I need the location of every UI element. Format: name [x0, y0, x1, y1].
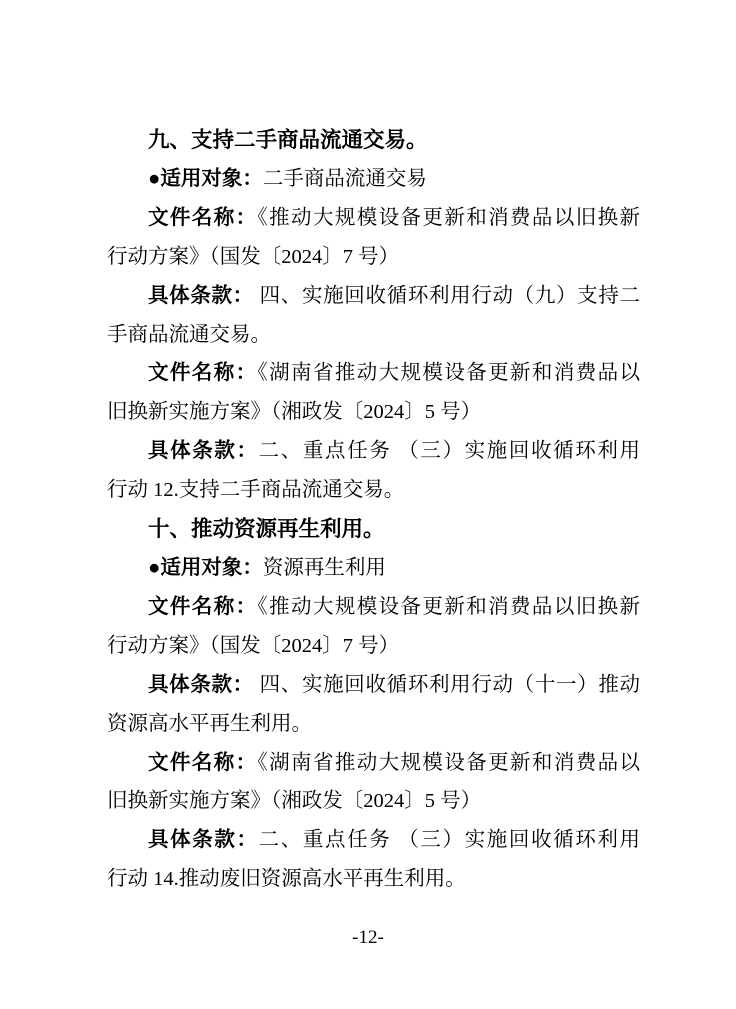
clause-value: 二、重点任务 （三）实施回收循环利用 — [259, 440, 640, 462]
sec9-doc2-clause-line2: 行动 12.支持二手商品流通交易。 — [107, 471, 640, 510]
sec9-doc2-name-line1: 文件名称：《湖南省推动大规模设备更新和消费品以 — [107, 354, 640, 393]
sec9-doc1-name-line1: 文件名称：《推动大规模设备更新和消费品以旧换新 — [107, 199, 640, 238]
target-label: ●适用对象： — [148, 168, 263, 190]
file-name-value: 《推动大规模设备更新和消费品以旧换新 — [258, 596, 641, 618]
file-name-value: 《推动大规模设备更新和消费品以旧换新 — [258, 207, 641, 229]
sec9-doc2-clause-line1: 具体条款：二、重点任务 （三）实施回收循环利用 — [107, 432, 640, 471]
clause-label: 具体条款： — [148, 674, 254, 696]
sec9-doc1-clause-line1: 具体条款： 四、实施回收循环利用行动（九）支持二 — [107, 277, 640, 316]
sec10-doc2-name-line2: 旧换新实施方案》（湘政发〔2024〕5 号） — [107, 782, 640, 821]
sec9-doc2-name-line2: 旧换新实施方案》（湘政发〔2024〕5 号） — [107, 393, 640, 432]
sec10-doc1-name-line2: 行动方案》（国发〔2024〕7 号） — [107, 627, 640, 666]
document-body: 九、支持二手商品流通交易。 ●适用对象：二手商品流通交易 文件名称：《推动大规模… — [107, 121, 640, 899]
clause-value: 四、实施回收循环利用行动（九）支持二 — [254, 285, 640, 307]
file-name-label: 文件名称： — [148, 752, 258, 774]
file-name-value: 《湖南省推动大规模设备更新和消费品以 — [258, 362, 641, 384]
sec10-doc1-name-line1: 文件名称：《推动大规模设备更新和消费品以旧换新 — [107, 588, 640, 627]
target-label: ●适用对象： — [148, 557, 263, 579]
clause-value: 二、重点任务 （三）实施回收循环利用 — [259, 829, 640, 851]
sec9-doc1-clause-line2: 手商品流通交易。 — [107, 316, 640, 355]
section-9-heading: 九、支持二手商品流通交易。 — [107, 121, 640, 160]
file-name-label: 文件名称： — [148, 596, 258, 618]
target-value: 二手商品流通交易 — [263, 168, 427, 190]
clause-label: 具体条款： — [148, 285, 254, 307]
section-10-target-line: ●适用对象：资源再生利用 — [107, 549, 640, 588]
sec9-doc1-name-line2: 行动方案》（国发〔2024〕7 号） — [107, 238, 640, 277]
sec10-doc1-clause-line2: 资源高水平再生利用。 — [107, 705, 640, 744]
clause-label: 具体条款： — [148, 829, 259, 851]
document-page: 九、支持二手商品流通交易。 ●适用对象：二手商品流通交易 文件名称：《推动大规模… — [0, 0, 736, 1009]
sec10-doc2-clause-line1: 具体条款：二、重点任务 （三）实施回收循环利用 — [107, 821, 640, 860]
sec10-doc2-name-line1: 文件名称：《湖南省推动大规模设备更新和消费品以 — [107, 744, 640, 783]
file-name-label: 文件名称： — [148, 207, 258, 229]
section-10-heading: 十、推动资源再生利用。 — [107, 510, 640, 549]
section-9-target-line: ●适用对象：二手商品流通交易 — [107, 160, 640, 199]
sec10-doc2-clause-line2: 行动 14.推动废旧资源高水平再生利用。 — [107, 860, 640, 899]
target-value: 资源再生利用 — [263, 557, 386, 579]
file-name-value: 《湖南省推动大规模设备更新和消费品以 — [258, 752, 641, 774]
file-name-label: 文件名称： — [148, 362, 258, 384]
sec10-doc1-clause-line1: 具体条款： 四、实施回收循环利用行动（十一）推动 — [107, 666, 640, 705]
clause-label: 具体条款： — [148, 440, 259, 462]
clause-value: 四、实施回收循环利用行动（十一）推动 — [254, 674, 640, 696]
page-number: -12- — [0, 926, 736, 950]
